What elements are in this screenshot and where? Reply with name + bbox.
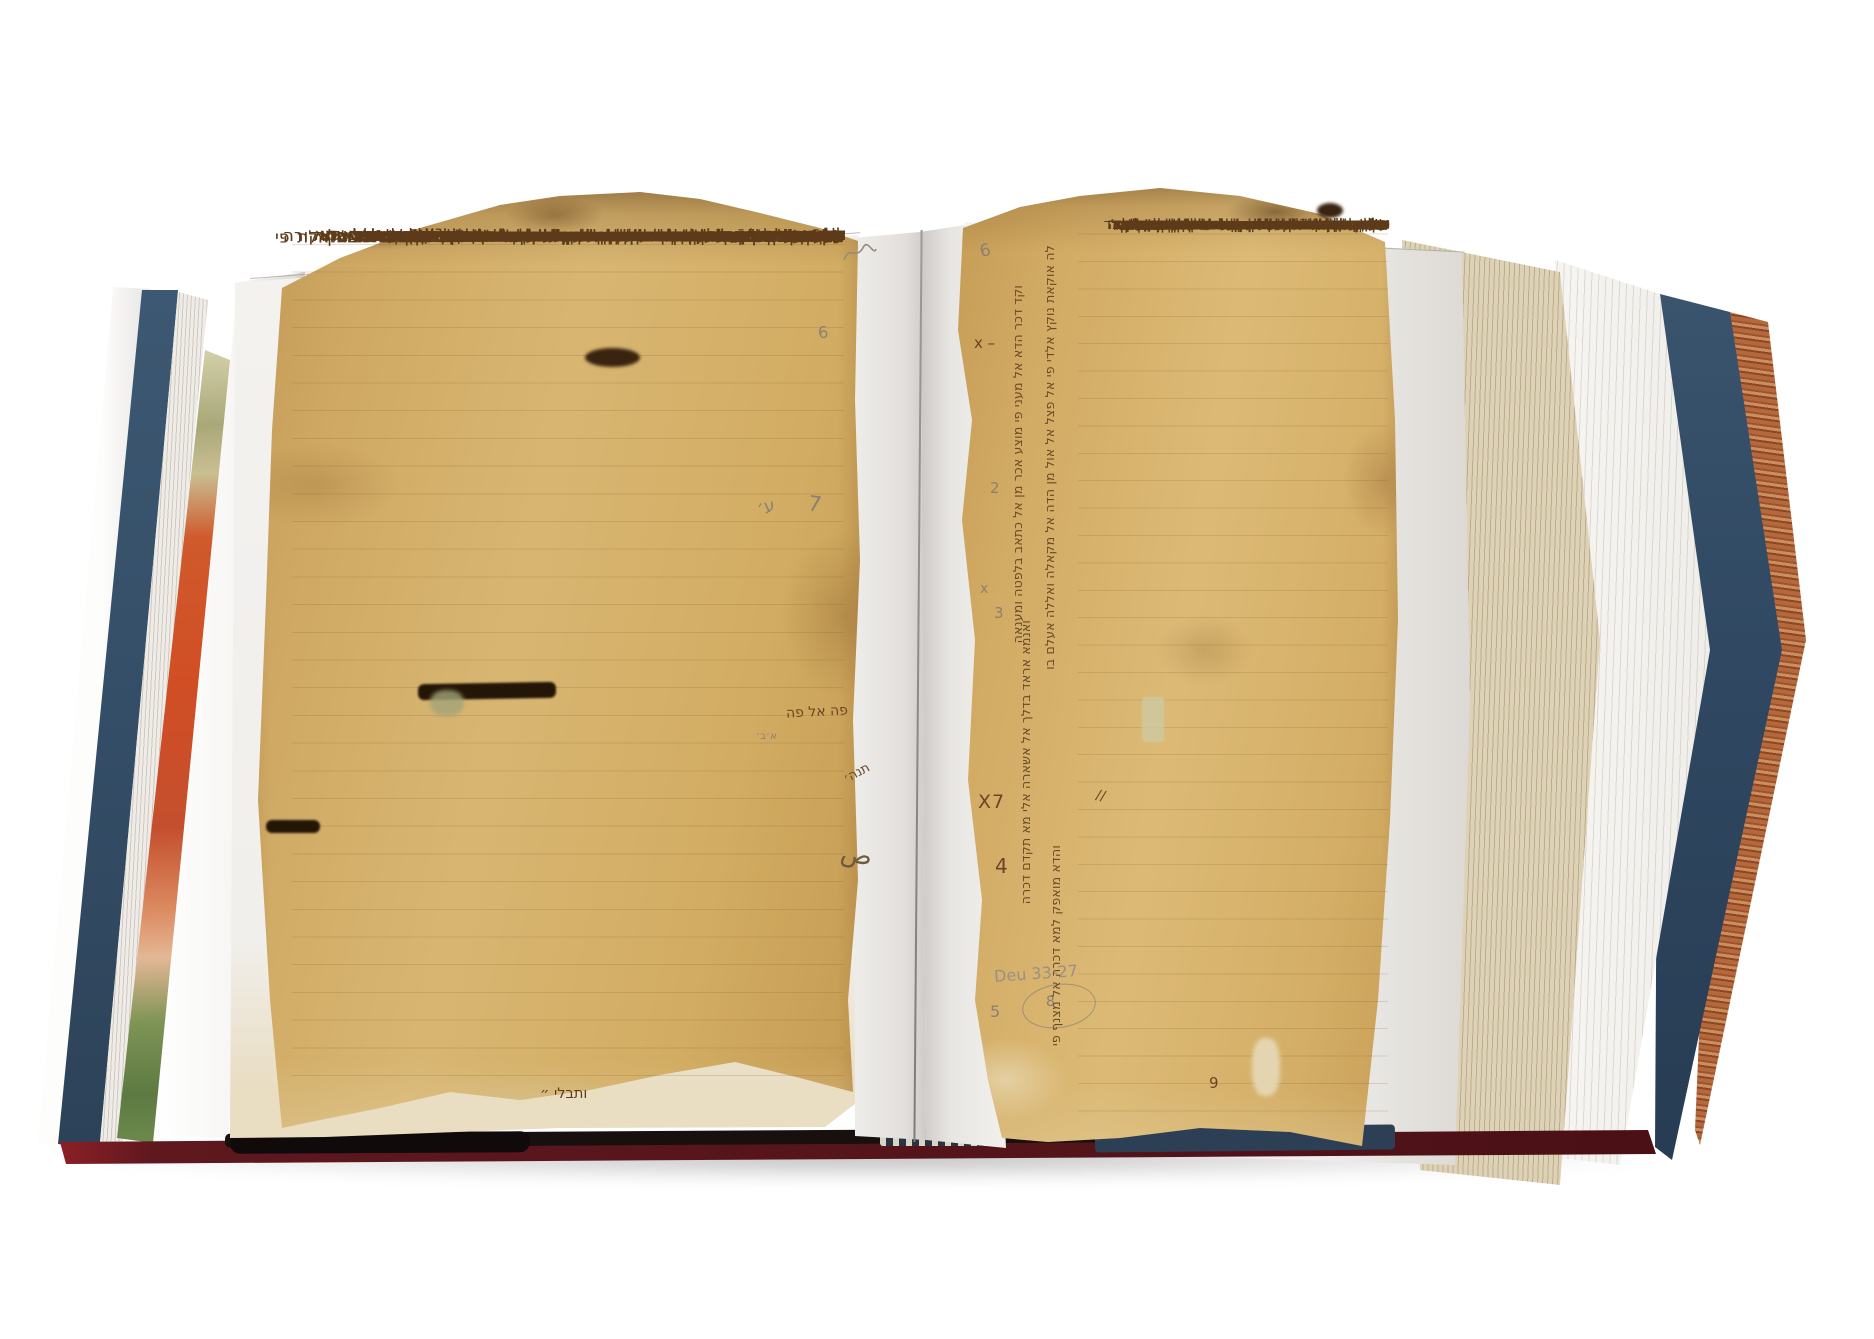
catchword: ותבלי ״ (540, 1086, 587, 1102)
right-page-text-block: העלי הבה וממה יגב אן אדכרב בנא והלאאתאך … (1078, 212, 1388, 1120)
ink-blot-top (1317, 203, 1343, 218)
photograph-of-open-manuscript-book: תֿבל וקאים נבתו על איה בל נחוה פעלי בם צ… (0, 0, 1874, 1339)
vertical-marginal-note: וקד דכר הדא אל מעני פי מוצע אכר מן אל כת… (1010, 285, 1025, 640)
ink-nine-mark: 9 (1209, 1074, 1219, 1092)
pencil-ayin-mark: ע׳ (755, 496, 776, 519)
pencil-three-mark: 3 (994, 604, 1004, 622)
pencil-x-mark: x (980, 581, 988, 597)
marginal-sad-mark: ص (838, 837, 875, 873)
marginal-gloss-peh-el-peh: פה אל פה (786, 702, 849, 721)
ink-x-dash-mark: x – (974, 334, 995, 352)
pencil-five-mark: 5 (990, 1002, 1000, 1021)
pencil-tiny-mark: א׳ב׳ (756, 731, 777, 742)
vertical-marginal-note: לה אוקאת נוקץ אלדי פי אל פצל אל אול מן ה… (1042, 245, 1057, 655)
ink-x7-mark: X7 (978, 791, 1005, 813)
vertical-marginal-note: ואנמא אראד בדלך אל אשארה אלי מא תקדם דכר… (1018, 620, 1033, 805)
tape-repair (1142, 697, 1164, 742)
ink-four-mark: 4 (995, 854, 1008, 878)
left-page-text-block: תֿבל וקאים נבתו על איה בל נחוה פעלי בם צ… (292, 222, 844, 1084)
green-smudge (430, 690, 464, 716)
vertical-marginal-note: והדא מואפק למא דכרה אל מצנף פי (1048, 845, 1063, 1012)
ink-blot (585, 348, 640, 367)
ink-smear-edge (266, 820, 320, 833)
manuscript-line: אל ופי בטל או עמוץ אברוק עצמה שבת נוס וב… (425, 221, 844, 251)
pencil-two-mark: 2 (990, 479, 1000, 497)
pencil-scribble-icon (842, 240, 878, 266)
manuscript-line: אחרי בן דומיו ואהרה וכו ונב דאן ובם (1143, 211, 1390, 240)
light-patch (1252, 1038, 1280, 1096)
